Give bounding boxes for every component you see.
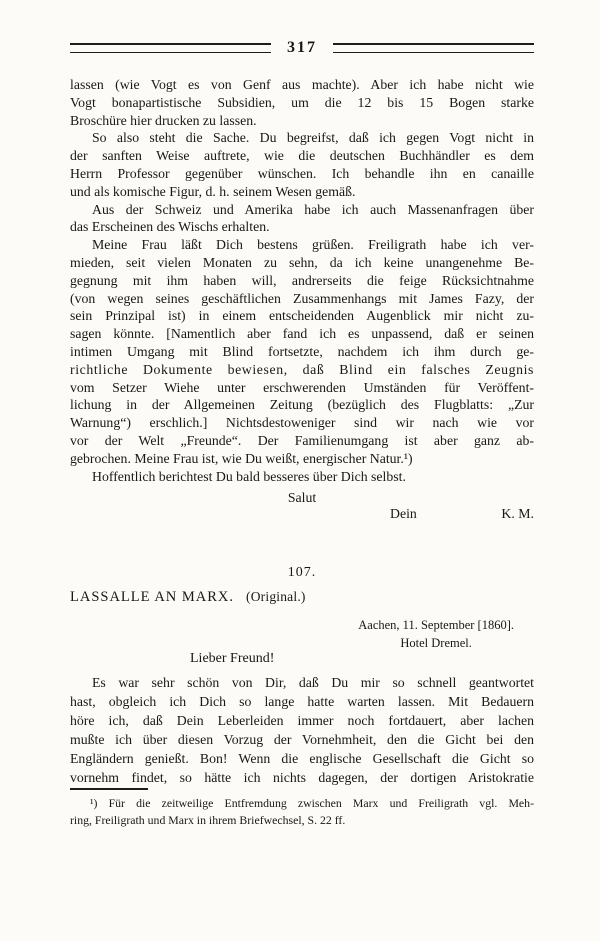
letter-dateblock: Aachen, 11. September [1860]. Hotel Drem… <box>70 616 534 652</box>
footnote-rule <box>70 788 148 790</box>
letter-salut: Salut <box>70 490 534 506</box>
text-line: mußte ich über diesen Vorzug der Vornehm… <box>70 730 534 749</box>
text-line: gegnung mit ihm haben will, andrerseits … <box>70 272 534 290</box>
letter-place: Hotel Dremel. <box>358 634 514 652</box>
letter-signature: Dein K. M. <box>70 506 534 525</box>
letter-dateline: Aachen, 11. September [1860]. <box>358 616 514 634</box>
text-line: intimen Umgang mit Blind fortsetzte, nac… <box>70 343 534 361</box>
letter-title-caps: LASSALLE AN MARX. <box>70 589 234 605</box>
text-line: lassen (wie Vogt es von Genf aus machte)… <box>70 76 534 94</box>
letter-salutation: Lieber Freund! <box>70 651 534 667</box>
text-line: So also steht die Sache. Du begreifst, d… <box>70 129 534 147</box>
text-line: (von wegen seines geschäftlichen Zusamme… <box>70 290 534 308</box>
text-line: sein Prinzipal ist) in einem entscheiden… <box>70 307 534 325</box>
text-line: und als komische Figur, d. h. seinem Wes… <box>70 183 534 201</box>
letter-end-text: lassen (wie Vogt es von Genf aus machte)… <box>70 76 534 485</box>
text-line: richtliche Dokumente bewiesen, daß Blind… <box>70 361 534 379</box>
head-rule-left <box>70 43 271 53</box>
book-page: 317 lassen (wie Vogt es von Genf aus mac… <box>0 0 600 941</box>
footnote: ¹) Für die zeitweilige Entfremdung zwisc… <box>70 795 534 829</box>
letter-title-note: (Original.) <box>246 589 306 604</box>
text-line: vor der Welt „Freunde“. Der Familienumga… <box>70 432 534 450</box>
text-line: gebrochen. Meine Frau ist, wie Du weißt,… <box>70 450 534 468</box>
text-line: Aus der Schweiz und Amerika habe ich auc… <box>70 201 534 219</box>
text-line: vornehm findet, so hätte ich nichts dage… <box>70 768 534 787</box>
signature-dein: Dein <box>390 506 417 522</box>
text-line: sagen könnte. [Namentlich aber fand ich … <box>70 325 534 343</box>
text-line: vom Setzer Wiehe unter erschwerenden Ums… <box>70 379 534 397</box>
page-number: 317 <box>287 38 317 58</box>
text-line: mieden, seit vielen Monaten zu sehn, da … <box>70 254 534 272</box>
text-line: der sanften Weise auftrete, wie die deut… <box>70 147 534 165</box>
text-line: höre ich, daß Dein Leberleiden immer noc… <box>70 711 534 730</box>
text-line: Warnung“) erschlich.] Nichtsdestoweniger… <box>70 414 534 432</box>
text-line: Broschüre hier drucken zu lassen. <box>70 112 534 130</box>
text-line: Engländern genießt. Bon! Wenn die englis… <box>70 749 534 768</box>
text-line: das Erscheinen des Wischs erhalten. <box>70 218 534 236</box>
text-line: Herrn Professor gegenüber wünschen. Ich … <box>70 165 534 183</box>
text-line: Vogt bonapartistische Subsidien, um die … <box>70 94 534 112</box>
letter-number: 107. <box>70 565 534 581</box>
footnote-line: ring, Freiligrath und Marx in ihrem Brie… <box>70 812 534 829</box>
text-line: Hoffentlich berichtest Du bald besseres … <box>70 468 534 486</box>
letter-title: LASSALLE AN MARX.(Original.) <box>70 589 534 606</box>
head-rule-right <box>333 43 534 53</box>
letter-107-text: Es war sehr schön von Dir, daß Du mir so… <box>70 673 534 787</box>
running-head: 317 <box>70 38 534 58</box>
signature-initials: K. M. <box>501 506 534 522</box>
text-line: Meine Frau läßt Dich bestens grüßen. Fre… <box>70 236 534 254</box>
footnote-line: ¹) Für die zeitweilige Entfremdung zwisc… <box>70 795 534 812</box>
text-line: Es war sehr schön von Dir, daß Du mir so… <box>70 673 534 692</box>
text-line: lichung in der Allgemeinen Zeitung (bezü… <box>70 396 534 414</box>
text-line: hast, obgleich ich Dich so lange hatte w… <box>70 692 534 711</box>
